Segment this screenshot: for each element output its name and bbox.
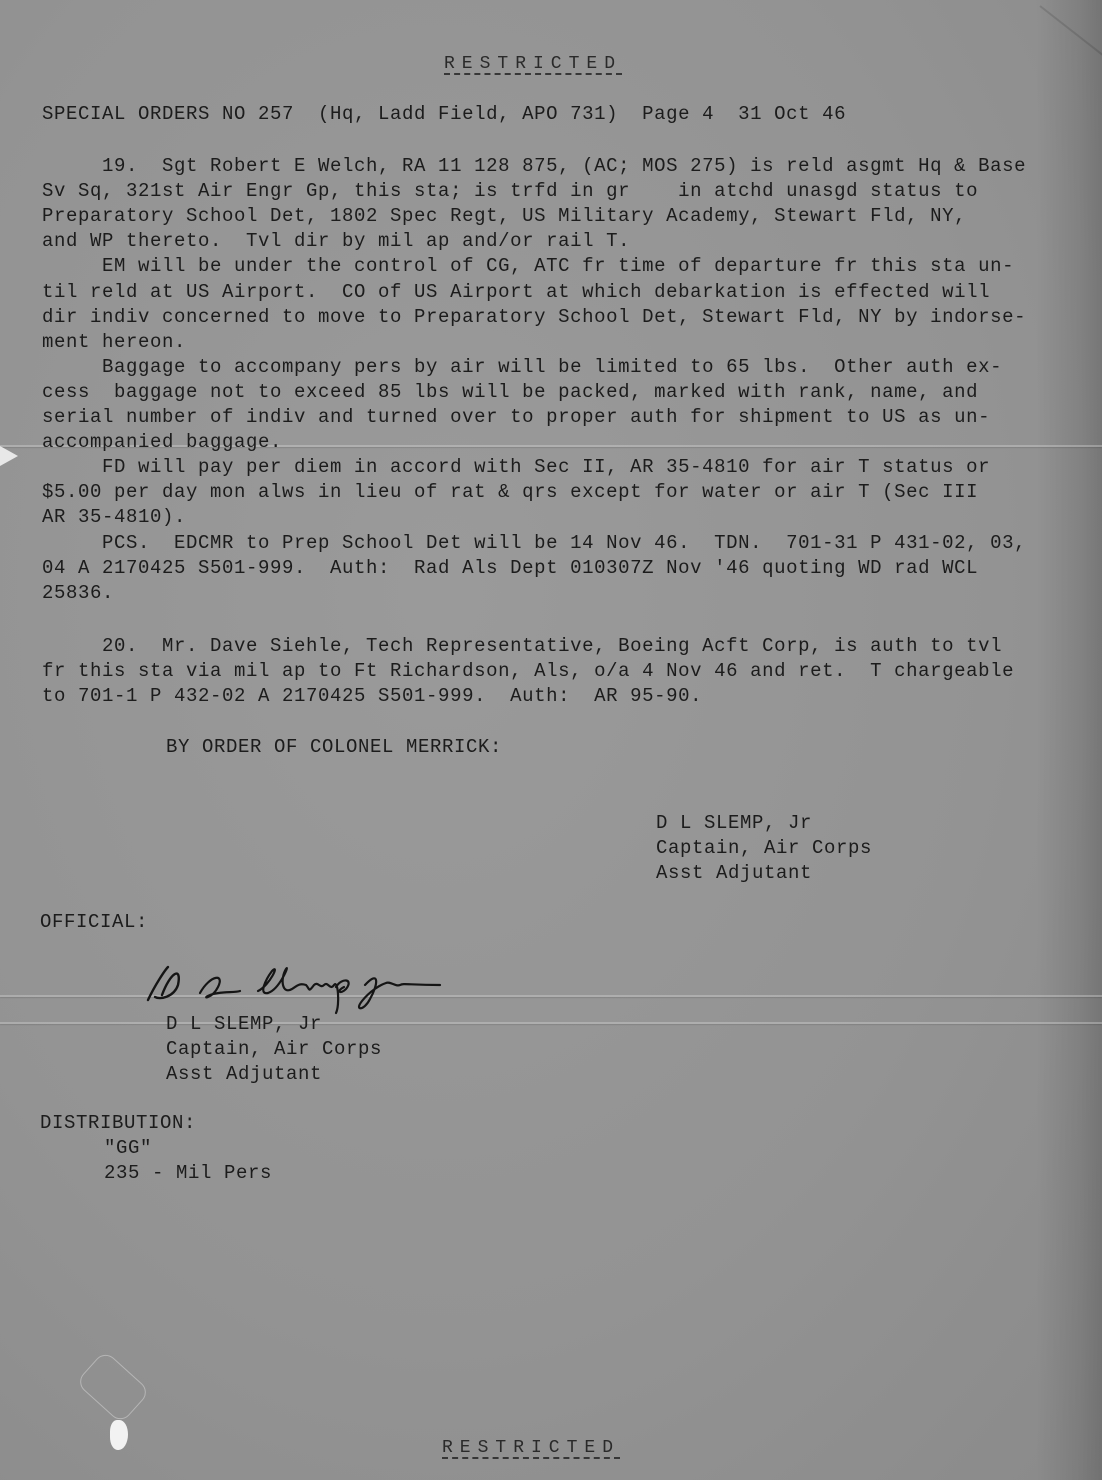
typed-line: 19. Sgt Robert E Welch, RA 11 128 875, (… (42, 154, 1026, 179)
page-notch (0, 446, 18, 466)
classification-top: RESTRICTED (444, 54, 622, 74)
typed-line: ment hereon. (42, 330, 186, 355)
typed-line: 20. Mr. Dave Siehle, Tech Representative… (42, 634, 1002, 659)
official-label: OFFICIAL: (40, 910, 148, 935)
typed-line: and WP thereto. Tvl dir by mil ap and/or… (42, 229, 630, 254)
typed-line: Sv Sq, 321st Air Engr Gp, this sta; is t… (42, 179, 978, 204)
typed-line: AR 35-4810). (42, 505, 186, 530)
order-header: SPECIAL ORDERS NO 257 (Hq, Ladd Field, A… (42, 102, 846, 127)
typed-line: FD will pay per diem in accord with Sec … (42, 455, 990, 480)
handwritten-signature (140, 955, 460, 1015)
typed-line: 04 A 2170425 S501-999. Auth: Rad Als Dep… (42, 556, 978, 581)
signer-rank: Captain, Air Corps (656, 836, 872, 861)
typed-line: EM will be under the control of CG, ATC … (42, 254, 1014, 279)
distribution-item: 235 - Mil Pers (104, 1161, 272, 1186)
distribution-item: "GG" (104, 1136, 152, 1161)
official-title: Asst Adjutant (166, 1062, 322, 1087)
official-name: D L SLEMP, Jr (166, 1012, 322, 1037)
typed-line: $5.00 per day mon alws in lieu of rat & … (42, 480, 978, 505)
typed-line: serial number of indiv and turned over t… (42, 405, 990, 430)
typed-line: Baggage to accompany pers by air will be… (42, 355, 1002, 380)
by-order-line: BY ORDER OF COLONEL MERRICK: (166, 735, 502, 760)
typed-line: Preparatory School Det, 1802 Spec Regt, … (42, 204, 966, 229)
typed-line: dir indiv concerned to move to Preparato… (42, 305, 1026, 330)
typed-line: cess baggage not to exceed 85 lbs will b… (42, 380, 978, 405)
typed-line: 25836. (42, 581, 114, 606)
official-rank: Captain, Air Corps (166, 1037, 382, 1062)
typed-line: accompanied baggage. (42, 430, 282, 455)
classification-bottom: RESTRICTED (442, 1438, 620, 1458)
signer-title: Asst Adjutant (656, 861, 812, 886)
typed-line: til reld at US Airport. CO of US Airport… (42, 280, 990, 305)
signer-name: D L SLEMP, Jr (656, 811, 812, 836)
typed-line: to 701-1 P 432-02 A 2170425 S501-999. Au… (42, 684, 702, 709)
typed-line: fr this sta via mil ap to Ft Richardson,… (42, 659, 1014, 684)
typed-line: PCS. EDCMR to Prep School Det will be 14… (42, 531, 1026, 556)
distribution-label: DISTRIBUTION: (40, 1111, 196, 1136)
